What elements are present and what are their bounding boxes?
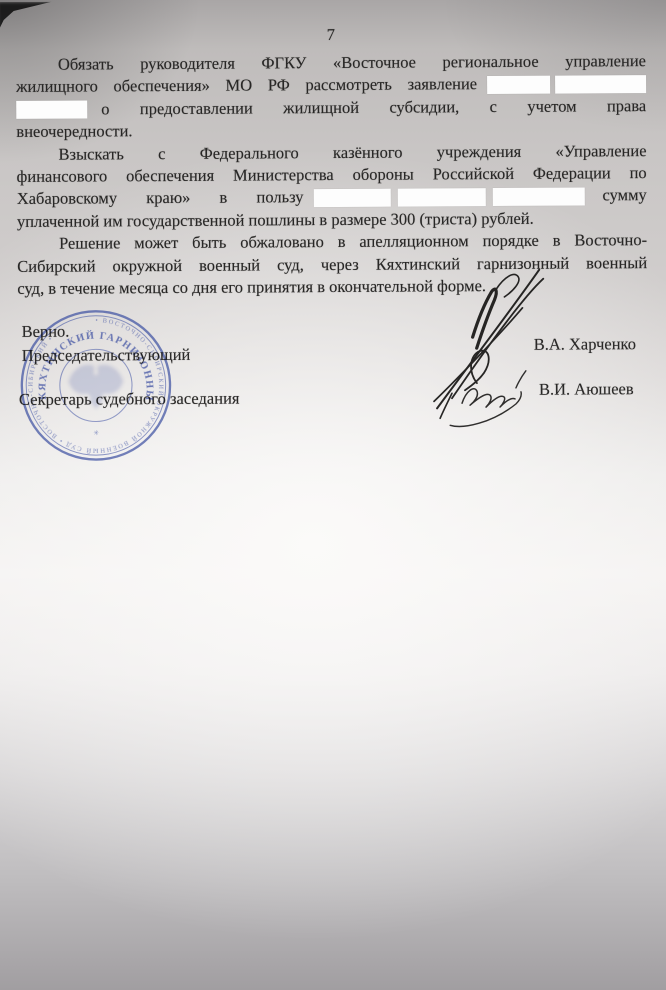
secretary-signature xyxy=(450,371,526,427)
certified-true-label: Верно. xyxy=(22,322,70,342)
redaction-box xyxy=(313,188,390,206)
paragraph-line: Сибирский окружной военный суд, через Кя… xyxy=(17,252,647,278)
paragraph-line: суд, в течение месяца со дня его приняти… xyxy=(17,274,647,300)
line-text: о предоставлении жилищной субсидии, с уч… xyxy=(101,95,646,121)
paragraph-line: Обязать руководителя ФГКУ «Восточное рег… xyxy=(16,50,646,76)
paragraph-line: финансового обеспечения Министерства обо… xyxy=(17,162,647,188)
scanned-court-decision-page: 7 Обязать руководителя ФГКУ «Восточное р… xyxy=(0,0,666,990)
court-secretary-label: Секретарь судебного заседания xyxy=(19,389,240,410)
line-text: Хабаровскому краю» в пользу xyxy=(17,187,304,211)
redaction-box xyxy=(555,75,646,94)
page-number: 7 xyxy=(16,22,646,48)
stamp-bottom-mark: ✳ xyxy=(93,429,99,437)
line-text: сумму xyxy=(602,184,646,207)
paragraph-line: о предоставлении жилищной субсидии, с уч… xyxy=(16,95,646,121)
line-text: жилищного обеспечения» МО РФ рассмотреть… xyxy=(16,74,477,99)
redaction-box xyxy=(16,100,87,118)
presiding-judge-name: В.А. Харченко xyxy=(534,334,636,355)
court-secretary-name: В.И. Аюшеев xyxy=(539,379,634,400)
redaction-box xyxy=(397,188,485,207)
presiding-judge-label: Председательствующий xyxy=(22,345,191,366)
decision-text-block: 7 Обязать руководителя ФГКУ «Восточное р… xyxy=(16,22,648,300)
paragraph-line: Решение может быть обжаловано в апелляци… xyxy=(17,229,647,255)
page-content: 7 Обязать руководителя ФГКУ «Восточное р… xyxy=(0,0,666,990)
redaction-box xyxy=(492,187,584,206)
redaction-box xyxy=(487,75,550,93)
